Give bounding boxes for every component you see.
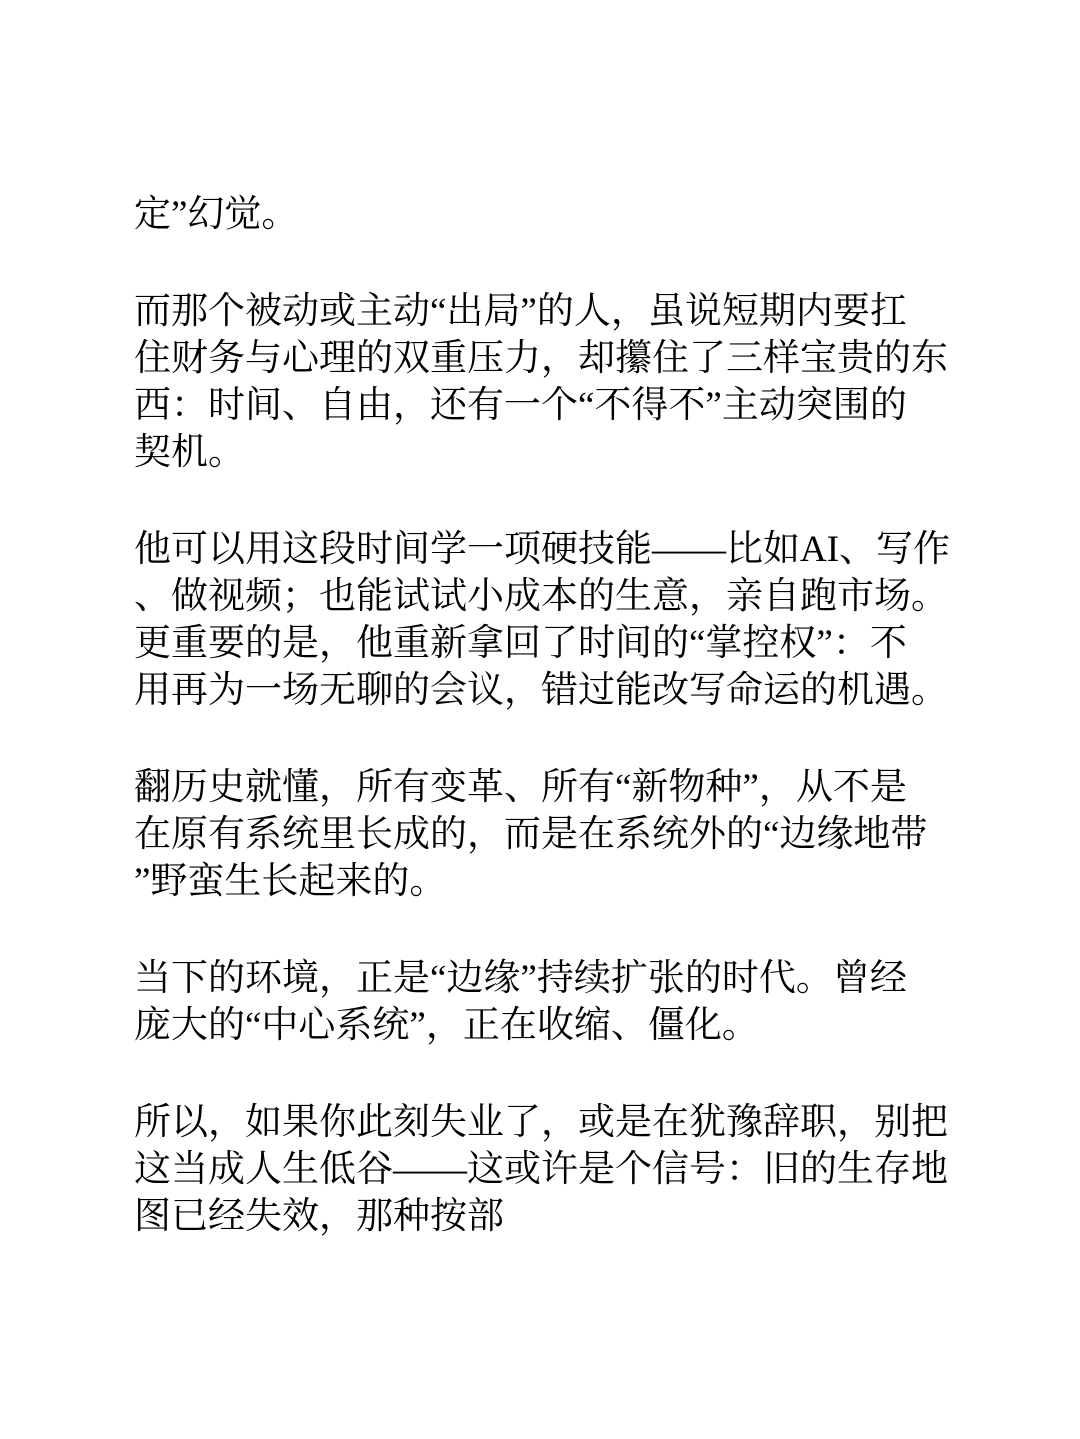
paragraph-3: 他可以用这段时间学一项硬技能——比如AI、写作 、做视频；也能试试小成本的生意，… (134, 526, 1014, 714)
paragraph-6: 所以，如果你此刻失业了，或是在犹豫辞职，别把 这当成人生低谷——这或许是个信号：… (134, 1099, 1014, 1240)
article-text: 定”幻觉。 而那个被动或主动“出局”的人，虽说短期内要扛 住财务与心理的双重压力… (134, 191, 1014, 1290)
paragraph-2: 而那个被动或主动“出局”的人，虽说短期内要扛 住财务与心理的双重压力，却攥住了三… (134, 288, 1014, 476)
paragraph-4: 翻历史就懂，所有变革、所有“新物种”，从不是 在原有系统里长成的，而是在系统外的… (134, 764, 1014, 905)
document-page: 定”幻觉。 而那个被动或主动“出局”的人，虽说短期内要扛 住财务与心理的双重压力… (0, 0, 1080, 1439)
paragraph-1: 定”幻觉。 (134, 191, 1014, 238)
paragraph-5: 当下的环境，正是“边缘”持续扩张的时代。曾经 庞大的“中心系统”，正在收缩、僵化… (134, 955, 1014, 1049)
